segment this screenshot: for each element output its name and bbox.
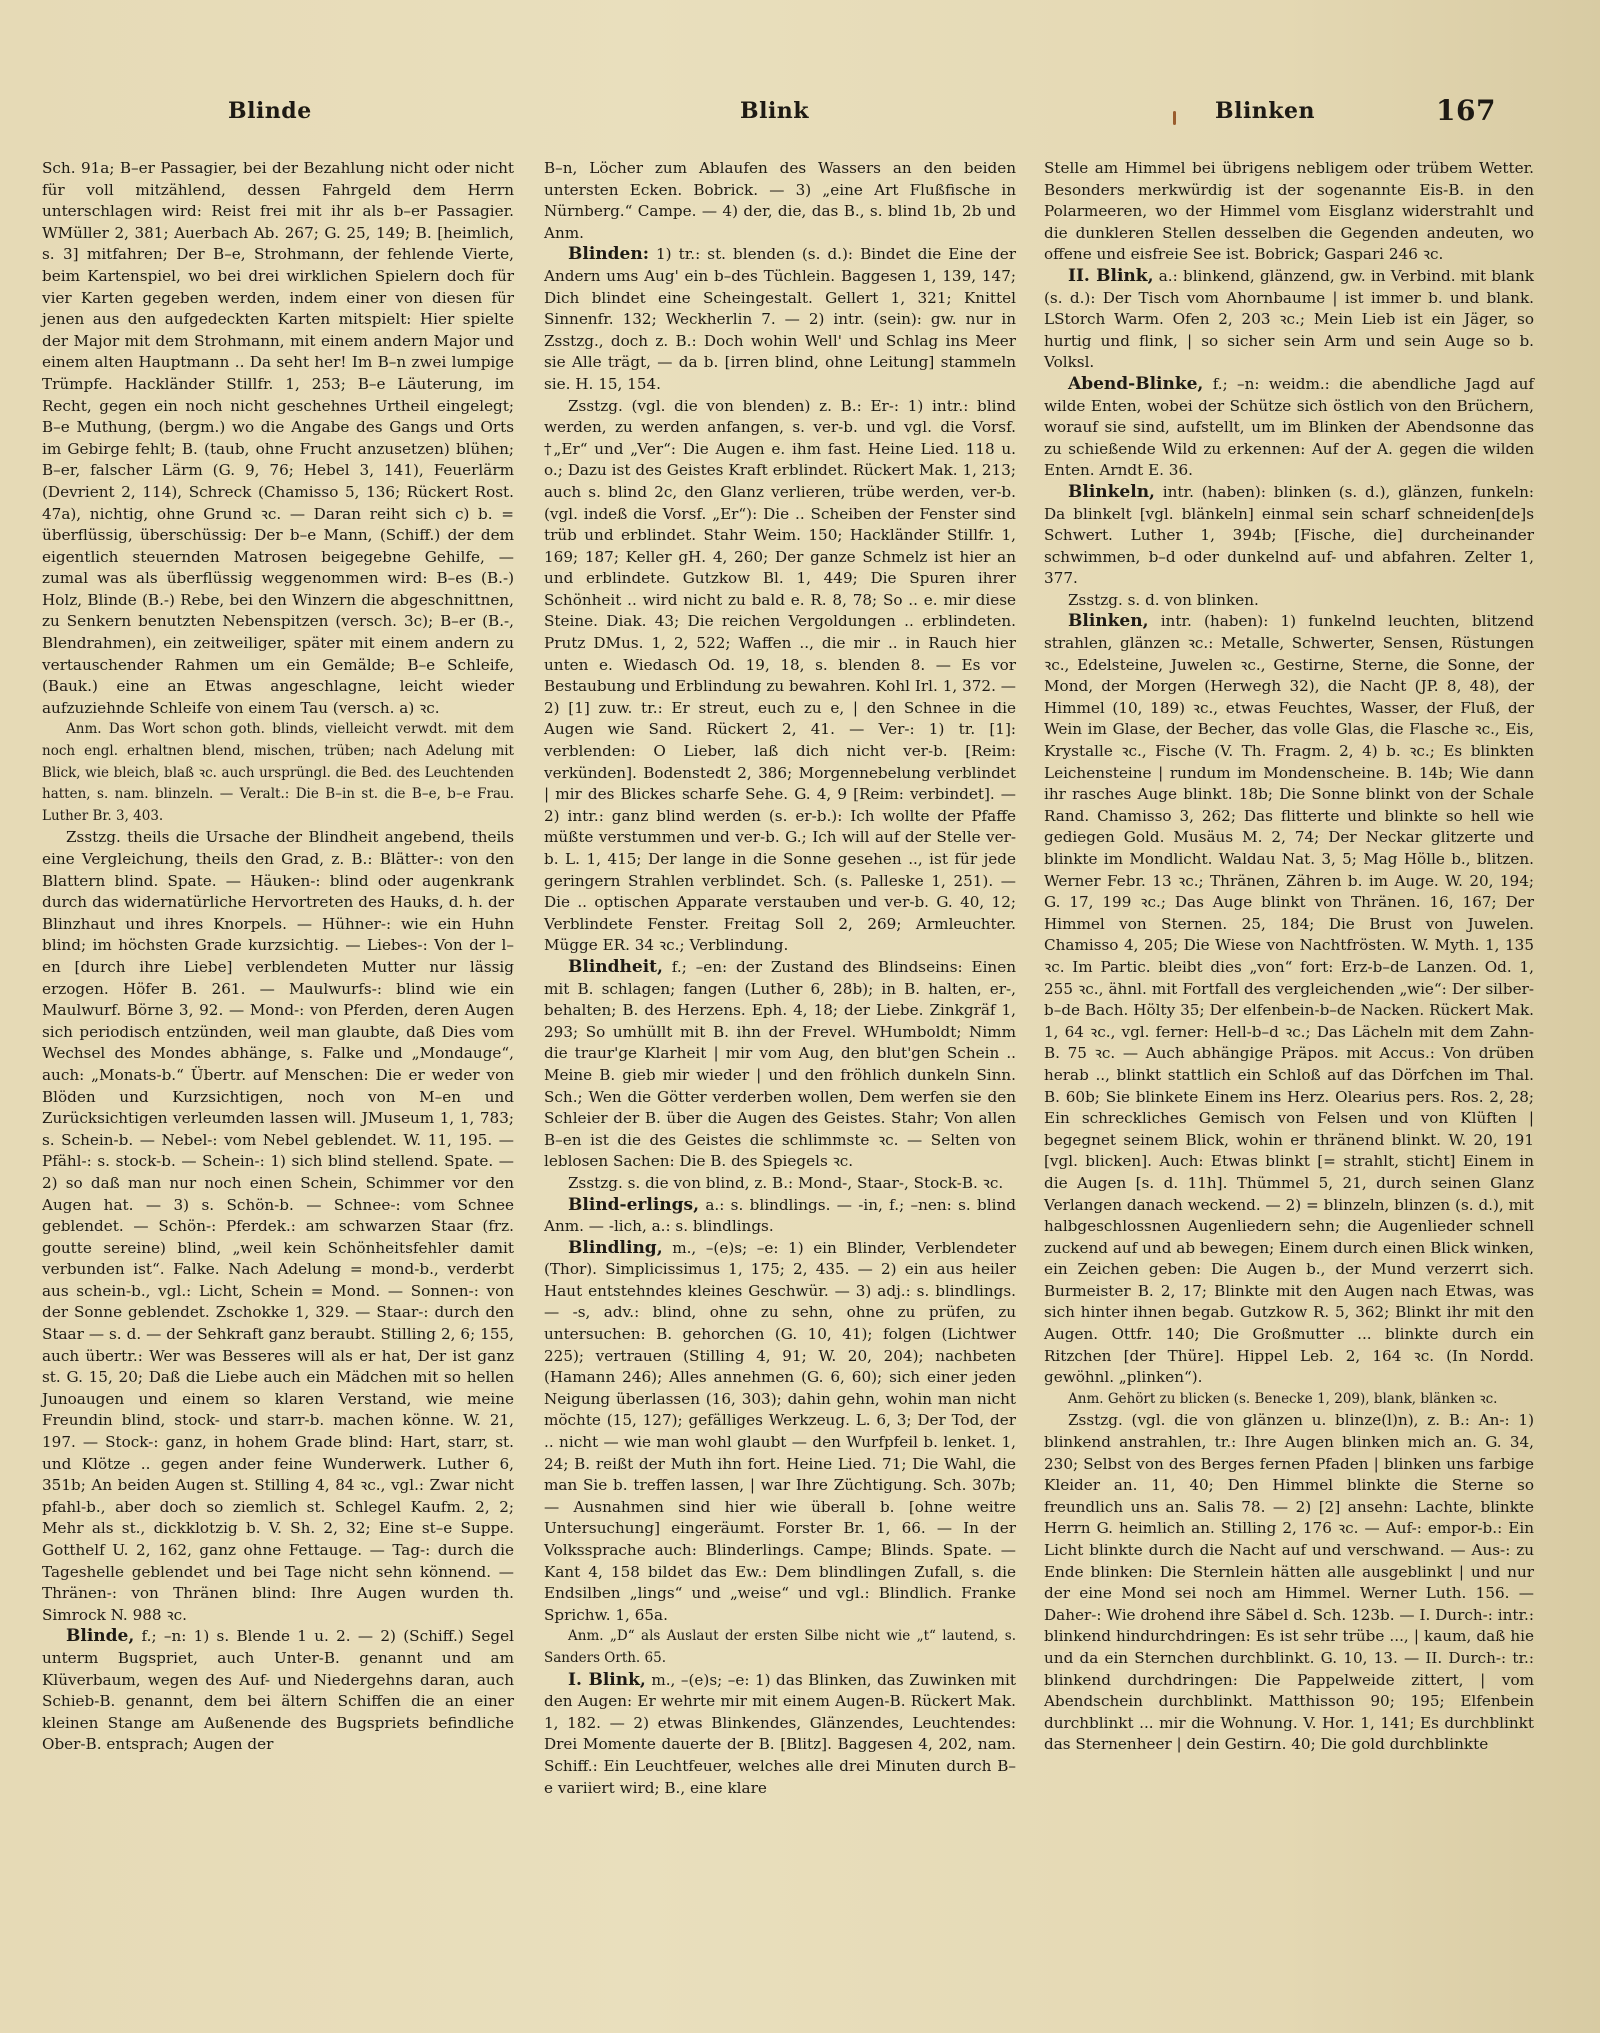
dictionary-entry: Blinden: 1) tr.: st. blenden (s. d.): Bi… xyxy=(544,244,1016,395)
page-number: 167 xyxy=(1436,94,1496,127)
entry-lemma: Blinken, xyxy=(1068,611,1149,631)
dictionary-entry: Blinde, f.; –n: 1) s. Blende 1 u. 2. — 2… xyxy=(42,1626,514,1756)
right-guide-word: Blinken xyxy=(1215,98,1315,124)
entry-lemma: I. Blink, xyxy=(568,1670,646,1690)
dictionary-entry: Blindheit, f.; –en: der Zustand des Blin… xyxy=(544,957,1016,1173)
compounds-paragraph: Zsstzg. (vgl. die von glänzen u. blinze(… xyxy=(1044,1410,1534,1756)
entry-lemma: Blindheit, xyxy=(568,957,663,977)
entry-text: m., –(e)s; –e: 1) ein Blinder, Verblende… xyxy=(544,1239,1016,1624)
continuation-paragraph: B–n, Löcher zum Ablaufen des Wassers an … xyxy=(544,158,1016,244)
entry-lemma: II. Blink, xyxy=(1068,266,1154,286)
column-3: Stelle am Himmel bei übrigens nebligem o… xyxy=(1044,158,1534,1756)
dictionary-entry: II. Blink, a.: blinkend, glänzend, gw. i… xyxy=(1044,266,1534,374)
entry-text: f.; –en: der Zustand des Blindseins: Ein… xyxy=(544,958,1016,1170)
dictionary-entry: Blind-erlings, a.: s. blindlings. — -in,… xyxy=(544,1195,1016,1238)
compounds-paragraph: Zsstzg. s. die von blind, z. B.: Mond-, … xyxy=(544,1173,1016,1195)
annotation-paragraph: Anm. Das Wort schon goth. blinds, vielle… xyxy=(42,719,514,827)
continuation-paragraph: Stelle am Himmel bei übrigens nebligem o… xyxy=(1044,158,1534,266)
column-1: Sch. 91a; B–er Passagier, bei der Bezahl… xyxy=(42,158,514,1756)
dictionary-entry: Blinken, intr. (haben): 1) funkelnd leuc… xyxy=(1044,611,1534,1388)
dictionary-entry: Blindling, m., –(e)s; –e: 1) ein Blinder… xyxy=(544,1238,1016,1627)
dictionary-page: Blinde Blink Blinken 167 Sch. 91a; B–er … xyxy=(0,0,1600,2033)
page-header: Blinde Blink Blinken 167 xyxy=(0,98,1600,138)
column-2: B–n, Löcher zum Ablaufen des Wassers an … xyxy=(544,158,1016,1799)
left-guide-word: Blinde xyxy=(228,98,312,124)
entry-lemma: Blinde, xyxy=(66,1626,134,1646)
compounds-paragraph: Zsstzg. s. d. von blinken. xyxy=(1044,590,1534,612)
center-guide-word: Blink xyxy=(740,98,809,124)
entry-lemma: Abend-Blinke, xyxy=(1068,374,1203,394)
annotation-paragraph: Anm. Gehört zu blicken (s. Benecke 1, 20… xyxy=(1044,1389,1534,1411)
dictionary-entry: Abend-Blinke, f.; –n: weidm.: die abendl… xyxy=(1044,374,1534,482)
dictionary-entry: Blinkeln, intr. (haben): blinken (s. d.)… xyxy=(1044,482,1534,590)
continuation-paragraph: Sch. 91a; B–er Passagier, bei der Bezahl… xyxy=(42,158,514,719)
annotation-paragraph: Anm. „D“ als Auslaut der ersten Silbe ni… xyxy=(544,1626,1016,1669)
entry-lemma: Blinden: xyxy=(568,244,649,264)
entry-text: 1) tr.: st. blenden (s. d.): Bindet die … xyxy=(544,245,1016,393)
compounds-paragraph: Zsstzg. (vgl. die von blenden) z. B.: Er… xyxy=(544,396,1016,957)
entry-text: intr. (haben): 1) funkelnd leuchten, bli… xyxy=(1044,612,1534,1386)
entry-lemma: Blind-erlings, xyxy=(568,1195,699,1215)
entry-lemma: Blinkeln, xyxy=(1068,482,1155,502)
dictionary-entry: I. Blink, m., –(e)s; –e: 1) das Blinken,… xyxy=(544,1670,1016,1800)
compounds-paragraph: Zsstzg. theils die Ursache der Blindheit… xyxy=(42,827,514,1626)
ink-blemish xyxy=(1173,111,1176,125)
entry-lemma: Blindling, xyxy=(568,1238,663,1258)
